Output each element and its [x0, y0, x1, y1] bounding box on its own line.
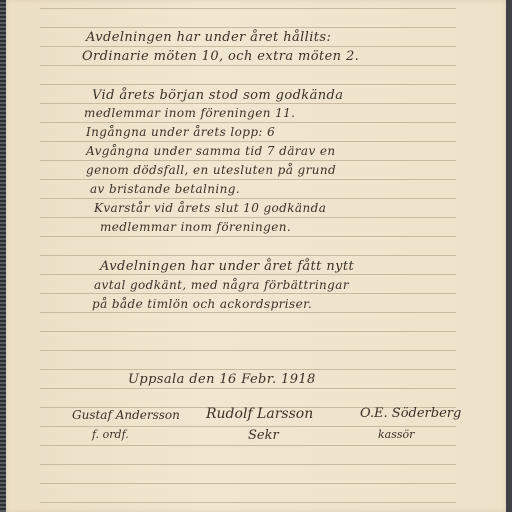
handwritten-line: genom dödsfall, en utesluten på grund	[86, 163, 336, 177]
handwritten-line: medlemmar inom föreningen.	[100, 220, 291, 234]
handwritten-line: Avdelningen har under året fått nytt	[100, 259, 354, 274]
handwritten-line: på både timlön och ackordspriser.	[92, 297, 312, 311]
ruled-line	[40, 103, 456, 104]
handwritten-line: Kvarstår vid årets slut 10 godkända	[94, 201, 326, 215]
ruled-line	[40, 388, 456, 389]
ruled-line	[40, 65, 456, 66]
ruled-line	[40, 46, 456, 47]
ruled-line	[40, 217, 456, 218]
ruled-line	[40, 84, 456, 85]
ruled-line	[40, 502, 456, 503]
ruled-line	[40, 312, 456, 313]
ruled-line	[40, 27, 456, 28]
handwritten-line: Avdelningen har under året hållits:	[86, 30, 331, 45]
ruled-line	[40, 293, 456, 294]
signature-role: kassör	[378, 428, 414, 441]
handwritten-line: avtal godkänt, med några förbättringar	[94, 278, 349, 292]
signature-name: Gustaf Andersson	[72, 408, 180, 422]
ruled-line	[40, 179, 456, 180]
handwritten-line: Ingångna under årets lopp: 6	[86, 125, 275, 139]
ruled-line	[40, 445, 456, 446]
ruled-line	[40, 198, 456, 199]
ruled-line	[40, 369, 456, 370]
ruled-line	[40, 141, 456, 142]
ruled-line	[40, 255, 456, 256]
ruled-line	[40, 426, 456, 427]
ledger-page: Avdelningen har under året hållits: Ordi…	[6, 0, 506, 512]
handwritten-line: medlemmar inom föreningen 11.	[84, 106, 295, 120]
place-date: Uppsala den 16 Febr. 1918	[128, 372, 316, 387]
ruled-line	[40, 464, 456, 465]
handwritten-line: Ordinarie möten 10, och extra möten 2.	[82, 49, 359, 64]
scan-right-edge	[506, 0, 512, 512]
ruled-line	[40, 236, 456, 237]
signature-role: f. ordf.	[92, 428, 129, 441]
signature-name: O.E. Söderberg	[360, 406, 461, 421]
ruled-line	[40, 483, 456, 484]
ruled-line	[40, 8, 456, 9]
signature-name: Rudolf Larsson	[206, 406, 313, 422]
ruled-line	[40, 274, 456, 275]
handwritten-line: Vid årets början stod som godkända	[92, 88, 343, 103]
handwritten-line: av bristande betalning.	[90, 182, 240, 196]
ruled-line	[40, 350, 456, 351]
ruled-line	[40, 122, 456, 123]
ruled-line	[40, 331, 456, 332]
signature-role: Sekr	[248, 428, 279, 443]
ruled-line	[40, 160, 456, 161]
handwritten-line: Avgångna under samma tid 7 därav en	[86, 144, 336, 158]
